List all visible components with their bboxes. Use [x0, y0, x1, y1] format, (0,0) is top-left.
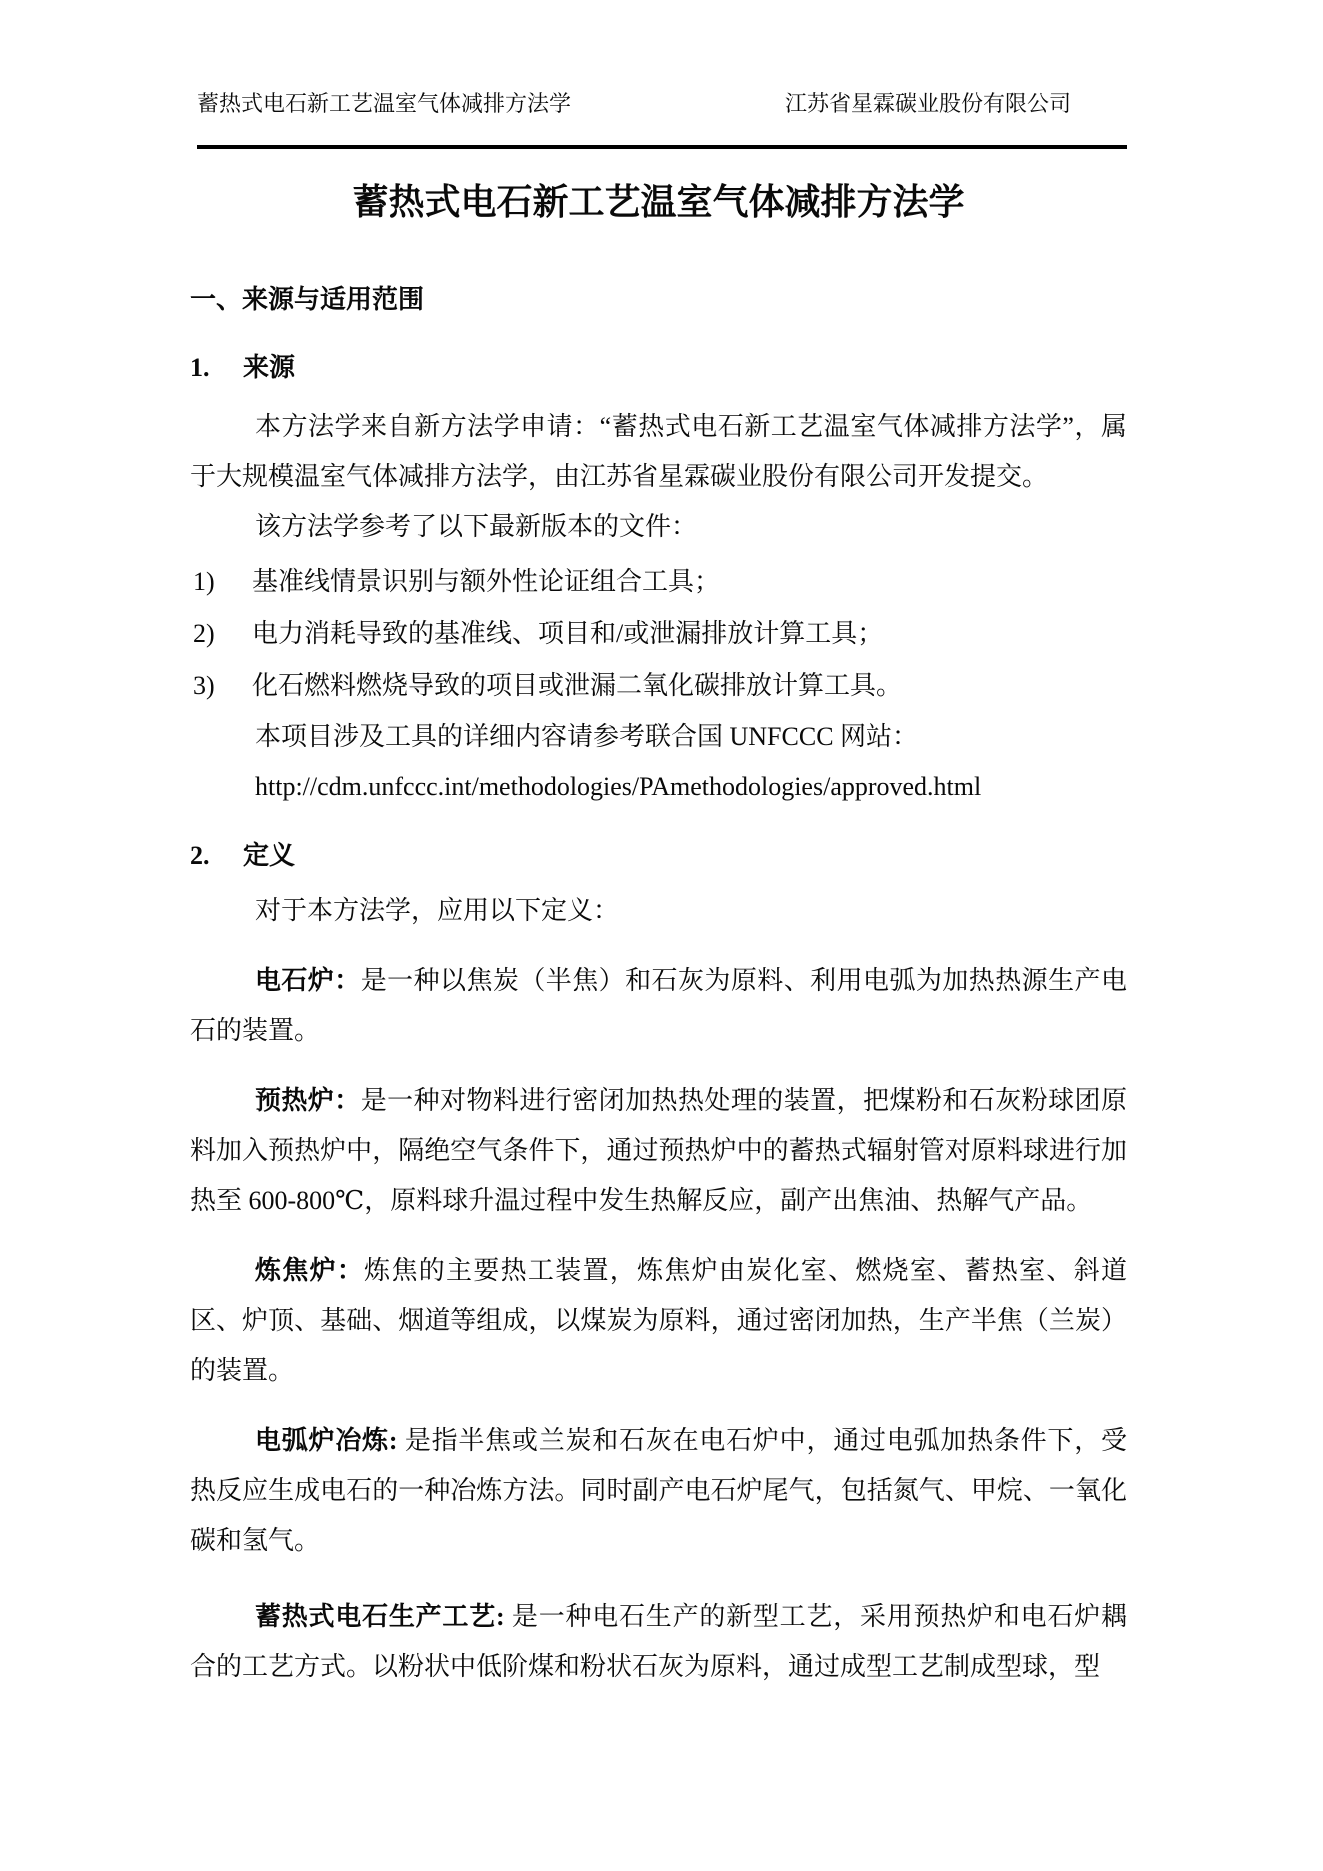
definition-coking-furnace: 炼焦炉：炼焦的主要热工装置，炼焦炉由炭化室、燃烧室、蓄热室、斜道区、炉顶、基础、…: [190, 1246, 1127, 1396]
list-item-number: 2): [190, 608, 252, 660]
list-item: 2)电力消耗导致的基准线、项目和/或泄漏排放计算工具；: [190, 608, 1127, 660]
definition-term: 炼焦炉：: [255, 1256, 364, 1285]
definition-term: 蓄热式电石生产工艺:: [255, 1602, 505, 1631]
paragraph-methodology-origin: 本方法学来自新方法学申请：“蓄热式电石新工艺温室气体减排方法学”，属于大规模温室…: [190, 402, 1127, 502]
definition-term: 预热炉：: [255, 1086, 361, 1115]
definition-preheating-furnace: 预热炉：是一种对物料进行密闭加热热处理的装置，把煤粉和石灰粉球团原料加入预热炉中…: [190, 1076, 1127, 1226]
paragraph-referenced-documents-intro: 该方法学参考了以下最新版本的文件：: [190, 502, 1127, 552]
list-item: 3)化石燃料燃烧导致的项目或泄漏二氧化碳排放计算工具。: [190, 660, 1127, 712]
subsection-heading-source: 1.来源: [190, 350, 1127, 386]
definition-electric-arc-smelting: 电弧炉冶炼: 是指半焦或兰炭和石灰在电石炉中，通过电弧加热条件下，受热反应生成电…: [190, 1416, 1127, 1566]
list-item-number: 1): [190, 556, 252, 608]
heading-label: 定义: [243, 841, 295, 870]
list-item: 1)基准线情景识别与额外性论证组合工具；: [190, 556, 1127, 608]
subsection-heading-definitions: 2.定义: [190, 838, 1127, 874]
document-page: 蓄热式电石新工艺温室气体减排方法学 江苏省星霖碳业股份有限公司 蓄热式电石新工艺…: [0, 0, 1323, 1871]
section-heading-source-scope: 一、来源与适用范围: [190, 282, 1127, 318]
paragraph-definitions-intro: 对于本方法学，应用以下定义：: [190, 886, 1127, 936]
list-item-text: 电力消耗导致的基准线、项目和/或泄漏排放计算工具；: [252, 619, 883, 648]
list-item-text: 化石燃料燃烧导致的项目或泄漏二氧化碳排放计算工具。: [252, 671, 902, 700]
unfccc-url-text: http://cdm.unfccc.int/methodologies/PAme…: [190, 762, 1127, 812]
header-company-name: 江苏省星霖碳业股份有限公司: [785, 90, 1127, 118]
list-item-text: 基准线情景识别与额外性论证组合工具；: [252, 567, 720, 596]
definition-carbide-furnace: 电石炉：是一种以焦炭（半焦）和石灰为原料、利用电弧为加热热源生产电石的装置。: [190, 956, 1127, 1056]
document-body: 蓄热式电石新工艺温室气体减排方法学 一、来源与适用范围 1.来源 本方法学来自新…: [190, 178, 1127, 1692]
definition-regenerative-carbide-process: 蓄热式电石生产工艺: 是一种电石生产的新型工艺，采用预热炉和电石炉耦合的工艺方式…: [190, 1592, 1127, 1692]
referenced-tools-list: 1)基准线情景识别与额外性论证组合工具； 2)电力消耗导致的基准线、项目和/或泄…: [190, 556, 1127, 712]
heading-number: 2.: [190, 838, 243, 874]
document-title: 蓄热式电石新工艺温室气体减排方法学: [190, 178, 1127, 226]
header-left-title: 蓄热式电石新工艺温室气体减排方法学: [197, 90, 571, 118]
definition-term: 电弧炉冶炼:: [255, 1426, 398, 1455]
header-divider-rule: [197, 145, 1127, 149]
definition-term: 电石炉：: [255, 966, 361, 995]
list-item-number: 3): [190, 660, 252, 712]
page-header: 蓄热式电石新工艺温室气体减排方法学 江苏省星霖碳业股份有限公司: [197, 90, 1127, 118]
heading-number: 1.: [190, 350, 243, 386]
heading-label: 来源: [243, 353, 295, 382]
paragraph-unfccc-reference: 本项目涉及工具的详细内容请参考联合国 UNFCCC 网站：: [190, 712, 1127, 762]
